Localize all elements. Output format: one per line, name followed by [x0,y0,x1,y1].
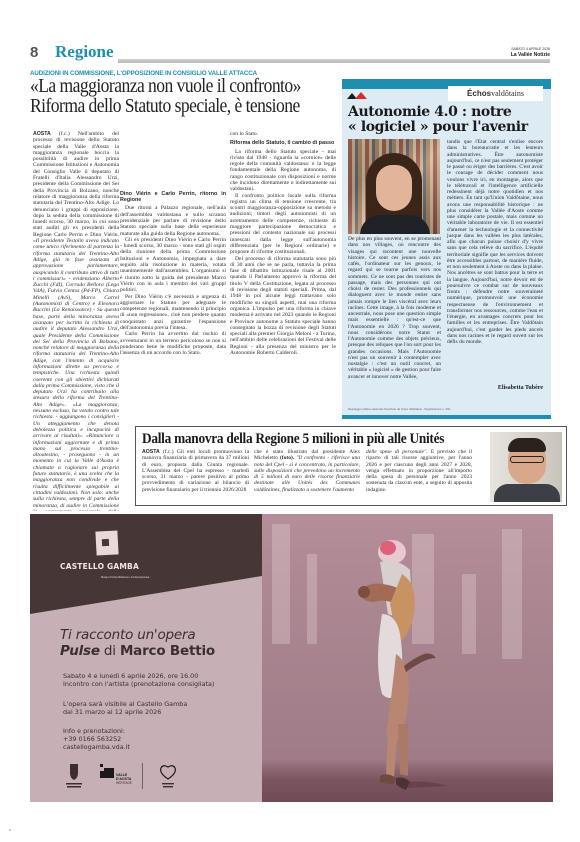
echos-bottom-bar [342,415,551,419]
castello-gamba-logo-icon [95,530,118,555]
echos-headline-line-1: Autonomie 4.0 : notre [348,105,548,120]
contact-phone[interactable]: +39 0166 563252 [63,735,130,743]
section-title: Regione [55,42,114,62]
echos-tag-bold: Échos [467,89,491,98]
photo-ref: (foto). [280,455,294,461]
castello-gamba-advertisement[interactable]: CASTELLO GAMBA Museo di Arte Moderna e C… [30,514,553,802]
headline-line-1: «La maggioranza non vuole il confronto» [30,77,309,97]
main-headline: «La maggioranza non vuole il confronto» … [30,77,309,117]
echos-valdotains-box: Échosvaldôtains Autonomie 4.0 : notre « … [342,79,551,419]
article-text: Gli enti locali promuovono la manovra fi… [142,449,249,493]
page-header: 8 Regione SABATO 4 APRILE 2026 La Vallée… [30,44,550,64]
byline: (f.c.) [59,131,70,137]
micheletto-portrait-photo [490,432,562,502]
echos-headline: Autonomie 4.0 : notre « logiciel » pour … [348,105,548,135]
vda-heritage-logo-icon: VALLE D'AOSTA HERITAGE [100,764,132,785]
event-description: Incontro con l'artista (prenotazione con… [63,680,214,688]
ad-contact-info: Info e prenotazioni: +39 0166 563252 cas… [63,727,130,751]
ad-brand-subtitle: Museo di Arte Moderna e Contemporanea [101,576,149,579]
issue-date: SABATO 4 APRILE 2026 [511,47,550,51]
article-text: Per Dino Viérin c'è necessità e urgenza … [120,294,226,332]
vda-heart-logo-icon [161,766,176,788]
article-text: Nell'ambito del processo di revisione de… [33,131,119,238]
newspaper-name: La Vallée Notizie [511,52,550,58]
article-quote: "Il confronto - riferisce una nota del C… [254,455,360,492]
ad-brand-name: CASTELLO GAMBA [60,562,139,571]
unites-article-box: Dalla manovra della Regione 5 milioni in… [135,426,567,506]
visibility-dates: dal 31 marzo al 12 aprile 2026 [63,708,187,716]
echos-column-2: tandis que l'État central s'enlise encor… [447,139,543,395]
ad-event-info: Sabato 4 e lunedì 6 aprile 2026, ore 16.… [63,672,214,688]
ad-visibility-info: L'opera sarà visibile al Castello Gamba … [63,700,187,716]
article-column-2: Dino Viérin e Carlo Perrin, ritorno in R… [120,131,226,431]
unites-headline: Dalla manovra della Regione 5 milioni in… [142,431,444,448]
article-column-1: AOSTA (f.c.) Nell'ambito del processo di… [33,131,119,511]
contact-label: Info e prenotazioni: [63,727,130,735]
author-portrait-photo [348,139,440,234]
article-text: Del processo di riforma statutaria sono … [230,256,336,357]
sponsor-logos: VALLE D'AOSTA HERITAGE [64,762,194,792]
article-text: Gli ex presidenti Dino Viérin e Carlo Pe… [120,237,226,294]
visibility-location: L'opera sarà visibile al Castello Gamba [63,700,187,708]
echos-tag-regular: valdôtains [491,89,524,98]
article-text: È previsto che il riparto di tali risors… [366,449,472,493]
subheading-vierin-perrin: Dino Viérin e Carlo Perrin, ritorno in R… [120,191,226,203]
unites-column-1: AOSTA (f.c.) Gli enti locali promuovono … [142,449,249,503]
event-date: Sabato 4 e lunedì 6 aprile 2026, ore 16.… [63,672,214,680]
svg-text:HERITAGE: HERITAGE [116,781,132,785]
title-connector: di [100,643,120,659]
ad-title-line-1: Ti racconto un'opera [60,627,195,643]
article-quote: delle spese di personale". [366,449,428,455]
header-rule [118,59,550,63]
unites-column-3: delle spese di personale". È previsto ch… [366,449,472,503]
dateline: AOSTA [33,131,51,137]
contact-website-link[interactable]: castellogamba.vda.it [63,743,130,751]
monkey-figure-icon [322,524,452,794]
artist-name: Marco Bettio [120,643,215,659]
article-quote: «Il presidente Testolin aveva indicato c… [33,238,119,511]
region-crest-icon [66,764,82,788]
article-column-3: con lo Stato. Riforma dello Statuto, il … [230,131,336,431]
article-text: Due ritorni a Palazzo regionale, nell'au… [120,205,226,236]
page-number: 8 [30,44,38,61]
subheading-riforma: Riforma dello Statuto, il cambio di pass… [230,140,336,146]
unites-column-2: che è stato illustrato dal presidente Al… [254,449,360,503]
pulse-artwork-image [262,514,553,802]
article-text: Carlo Perrin ha avvertito dal rischio di… [120,331,226,356]
ad-title-line-2: Pulse di Marco Bettio [60,643,215,659]
echos-disclaimer: Messaggio politico-elettorale finanziato… [348,407,453,411]
article-text: La riforma dello Statuto speciale - mai … [230,149,336,193]
echos-tag: Échosvaldôtains [448,86,543,101]
artwork-title: Pulse [60,643,100,659]
echos-column-1: De plus en plus souvent, en se promenant… [348,236,441,396]
echos-signature: Elisabetta Tubère [498,385,543,391]
headline-line-2: Riforma dello Statuto speciale, è tensio… [30,97,309,117]
diamonds-logo-icon [347,89,387,99]
echos-headline-line-2: « logiciel » pour l'avenir [348,120,548,135]
page-margin-mark [9,829,11,831]
article-text: Il confronto politico locale sulla rifor… [230,193,336,256]
